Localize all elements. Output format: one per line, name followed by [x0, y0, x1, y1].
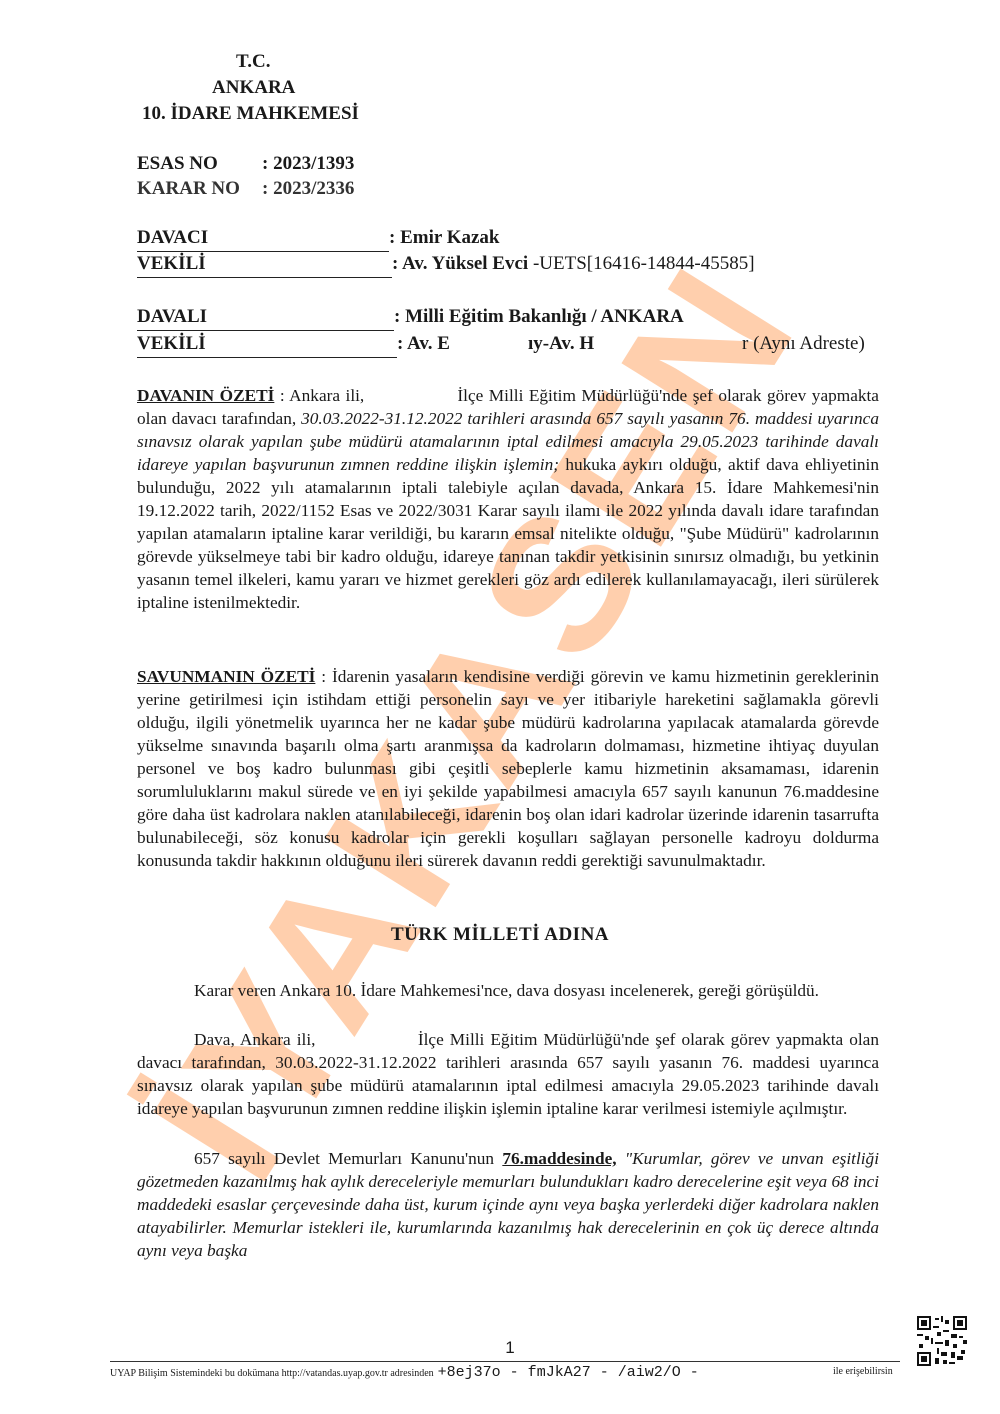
davali-label: DAVALI	[137, 304, 394, 331]
karar-value: : 2023/2336	[262, 178, 354, 199]
karar-label: KARAR NO	[137, 178, 262, 200]
header-tc: T.C.	[236, 49, 270, 75]
esas-label: ESAS NO	[137, 153, 262, 175]
davaci-row: DAVACI: Emir Kazak	[137, 225, 499, 252]
davali-vekil-value-b: ıy-Av. H	[528, 333, 594, 354]
davanin-ozeti-heading: DAVANIN ÖZETİ	[137, 386, 274, 405]
p3-lead: 657 sayılı Devlet Memurları Kanunu'nun	[194, 1149, 502, 1168]
body-paragraph-2: Dava, Ankara ili, İlçe Milli Eğitim Müdü…	[137, 1028, 879, 1120]
footer-right-text: ile erişebilirsin	[833, 1366, 893, 1377]
davali-value: : Milli Eğitim Bakanlığı / ANKARA	[394, 306, 684, 327]
davali-vekil-value-a: : Av. E	[397, 333, 450, 354]
footer-left-text: UYAP Bilişim Sistemindeki bu dokümana ht…	[110, 1368, 434, 1379]
header-court: 10. İDARE MAHKEMESİ	[142, 101, 359, 127]
davali-row: DAVALI: Milli Eğitim Bakanlığı / ANKARA	[137, 304, 684, 331]
savunmanin-ozeti: SAVUNMANIN ÖZETİ : İdarenin yasaların ke…	[137, 665, 879, 872]
footer-verification-code: +8ej37o - fmJkA27 - /aiw2/O -	[438, 1364, 699, 1381]
footer-divider	[110, 1361, 900, 1362]
header-city: ANKARA	[212, 75, 295, 101]
savunmanin-ozeti-text: : İdarenin yasaların kendisine verdiği g…	[137, 667, 879, 870]
davaci-vekil-label: VEKİLİ	[137, 251, 392, 278]
davali-vekil-value-c: r (Aynı Adreste)	[742, 331, 865, 357]
esas-value: : 2023/1393	[262, 153, 354, 174]
page-number: 1	[0, 1338, 1000, 1358]
davaci-vekil-row: VEKİLİ: Av. Yüksel Evci -UETS[16416-1484…	[137, 251, 755, 278]
footer-text: UYAP Bilişim Sistemindeki bu dokümana ht…	[110, 1364, 699, 1381]
davali-vekil-label: VEKİLİ	[137, 331, 397, 358]
davaci-value: : Emir Kazak	[389, 227, 499, 248]
davaci-label: DAVACI	[137, 225, 389, 252]
davanin-ozeti-rest: hukuka aykırı olduğu, aktif dava ehliyet…	[137, 455, 879, 612]
document-page: İYAKASEN T.C. ANKARA 10. İDARE MAHKEMESİ…	[0, 0, 1000, 1414]
savunmanin-ozeti-heading: SAVUNMANIN ÖZETİ	[137, 667, 315, 686]
esas-no: ESAS NO: 2023/1393	[137, 153, 354, 175]
body-paragraph-3: 657 sayılı Devlet Memurları Kanunu'nun 7…	[137, 1147, 879, 1262]
karar-no: KARAR NO: 2023/2336	[137, 178, 354, 200]
davanin-ozeti: DAVANIN ÖZETİ : Ankara ili, İlçe Milli E…	[137, 384, 879, 614]
qr-code-icon	[917, 1316, 967, 1366]
davali-vekil-row: VEKİLİ: Av. Eıy-Av. Hr (Aynı Adreste)	[137, 331, 882, 358]
davaci-vekil-value: : Av. Yüksel Evci	[392, 253, 528, 274]
body-paragraph-1: Karar veren Ankara 10. İdare Mahkemesi'n…	[137, 979, 879, 1002]
davaci-vekil-uets: -UETS[16416-14844-45585]	[528, 253, 754, 274]
decision-title: TÜRK MİLLETİ ADINA	[0, 924, 1000, 946]
p3-article-ref: 76.maddesinde,	[502, 1149, 616, 1168]
